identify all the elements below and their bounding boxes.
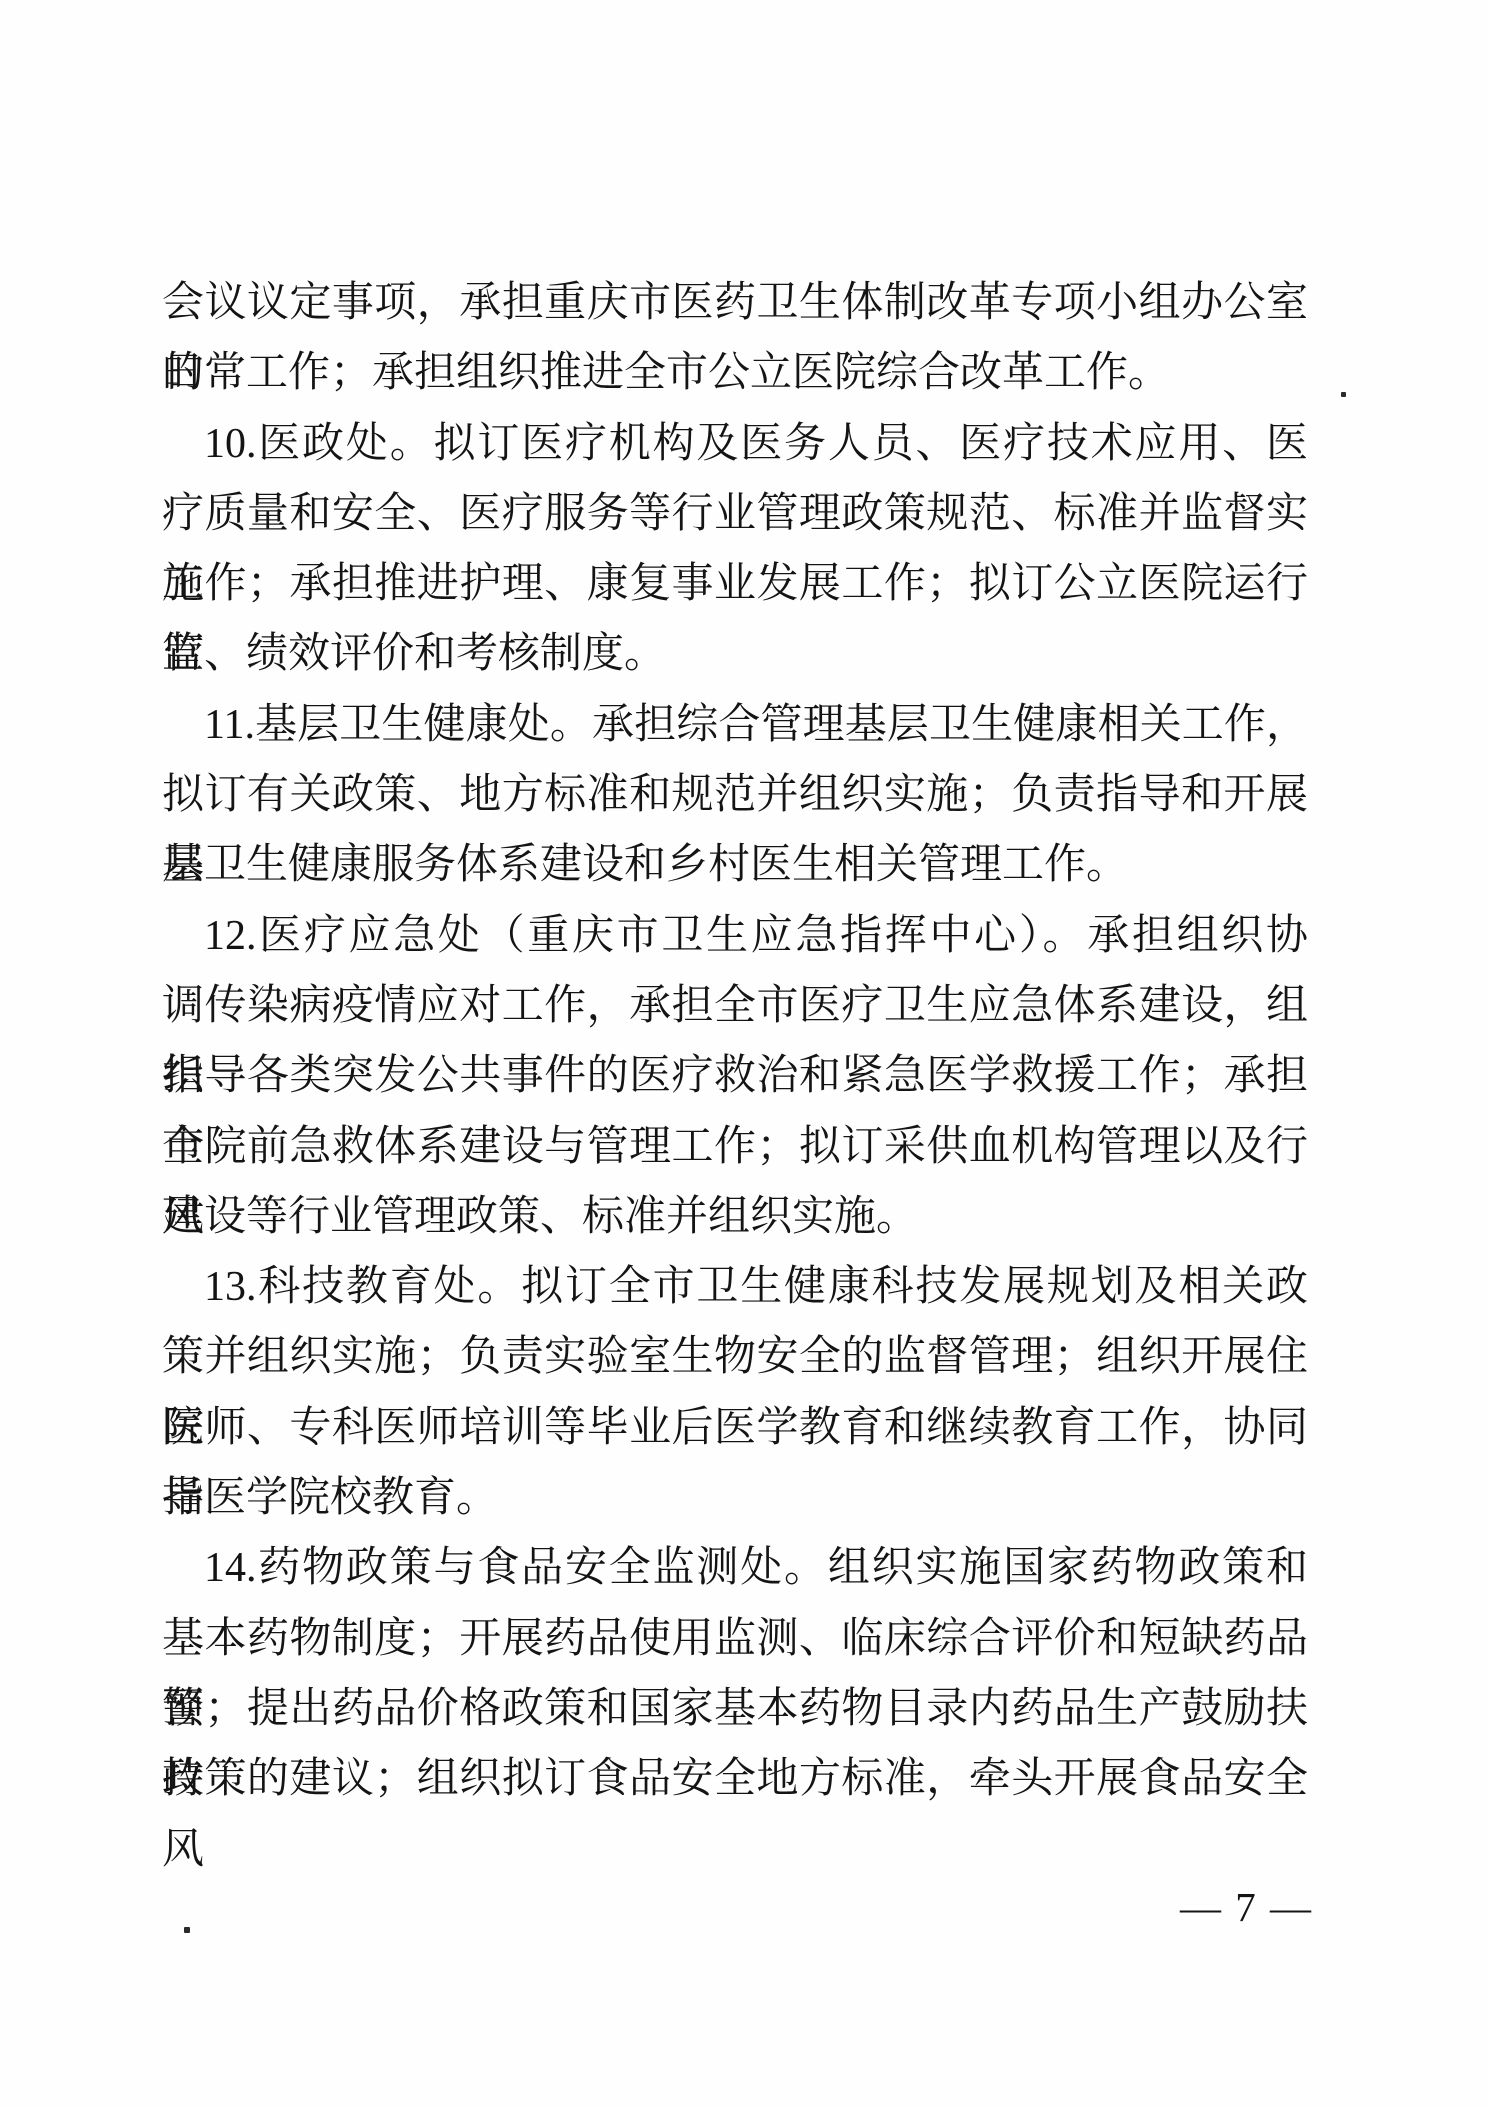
text-line-2: 日常工作；承担组织推进全市公立医院综合改革工作。 <box>162 338 1308 408</box>
body-text: 会议议定事项，承担重庆市医药卫生体制改革专项小组办公室的日常工作；承担组织推进全… <box>162 268 1308 1815</box>
scan-speck-2 <box>184 1927 190 1933</box>
scan-speck-1 <box>1341 392 1346 397</box>
document-page: 会议议定事项，承担重庆市医药卫生体制改革专项小组办公室的日常工作；承担组织推进全… <box>0 0 1489 2106</box>
text-line-12: 指导各类突发公共事件的医疗救治和紧急医学救援工作；承担全 <box>162 1041 1308 1111</box>
text-line-17: 医师、专科医师培训等毕业后医学教育和继续教育工作，协同指 <box>162 1393 1308 1463</box>
page-number: — 7 — <box>1180 1872 1313 1942</box>
text-line-7: 11.基层卫生健康处。承担综合管理基层卫生健康相关工作， <box>162 690 1308 760</box>
text-line-22: 政策的建议；组织拟订食品安全地方标准，牵头开展食品安全风 <box>162 1744 1308 1814</box>
text-line-4: 疗质量和安全、医疗服务等行业管理政策规范、标准并监督实施 <box>162 479 1308 549</box>
text-line-15: 13.科技教育处。拟订全市卫生健康科技发展规划及相关政 <box>162 1252 1308 1322</box>
text-line-8: 拟订有关政策、地方标准和规范并组织实施；负责指导和开展基 <box>162 760 1308 830</box>
text-line-16: 策并组织实施；负责实验室生物安全的监督管理；组织开展住院 <box>162 1322 1308 1392</box>
text-line-14: 建设等行业管理政策、标准并组织实施。 <box>162 1182 1308 1252</box>
text-line-9: 层卫生健康服务体系建设和乡村医生相关管理工作。 <box>162 830 1308 900</box>
text-line-5: 工作；承担推进护理、康复事业发展工作；拟订公立医院运行监 <box>162 549 1308 619</box>
text-line-13: 市院前急救体系建设与管理工作；拟订采供血机构管理以及行风 <box>162 1112 1308 1182</box>
text-line-21: 警；提出药品价格政策和国家基本药物目录内药品生产鼓励扶持 <box>162 1674 1308 1744</box>
text-line-6: 管、绩效评价和考核制度。 <box>162 619 1308 689</box>
text-line-20: 基本药物制度；开展药品使用监测、临床综合评价和短缺药品预 <box>162 1604 1308 1674</box>
text-line-18: 导医学院校教育。 <box>162 1463 1308 1533</box>
text-line-3: 10.医政处。拟订医疗机构及医务人员、医疗技术应用、医 <box>162 409 1308 479</box>
text-line-10: 12.医疗应急处（重庆市卫生应急指挥中心）。承担组织协 <box>162 901 1308 971</box>
text-line-11: 调传染病疫情应对工作，承担全市医疗卫生应急体系建设，组织 <box>162 971 1308 1041</box>
text-line-19: 14.药物政策与食品安全监测处。组织实施国家药物政策和 <box>162 1533 1308 1603</box>
text-line-1: 会议议定事项，承担重庆市医药卫生体制改革专项小组办公室的 <box>162 268 1308 338</box>
